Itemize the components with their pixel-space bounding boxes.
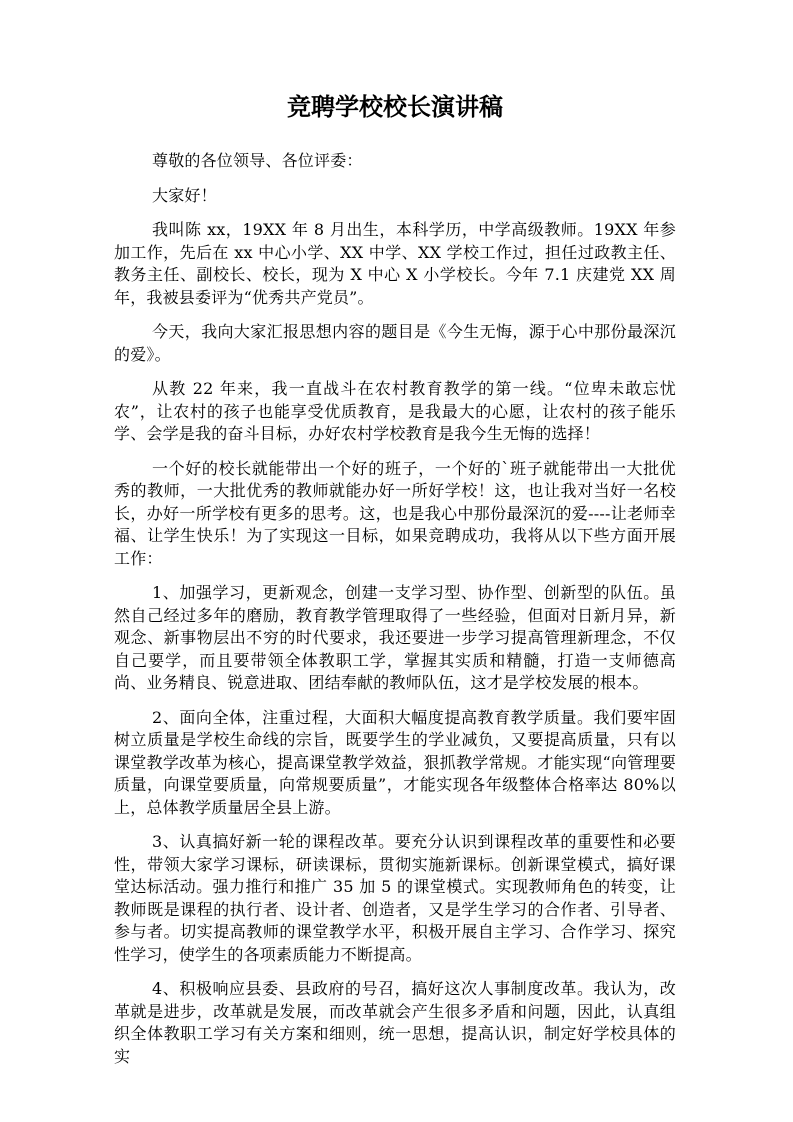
paragraph: 尊敬的各位领导、各位评委： [114,150,676,173]
paragraph: 从教 22 年来，我一直战斗在农村教育教学的第一线。“位卑未敢忘忧农”，让农村的… [114,378,676,446]
paragraph: 我叫陈 xx，19XX 年 8 月出生，本科学历，中学高级教师。19XX 年参加… [114,219,676,309]
paragraph: 3、认真搞好新一轮的课程改革。要充分认识到课程改革的重要性和必要性，带领大家学习… [114,831,676,966]
paragraph: 今天，我向大家汇报思想内容的题目是《今生无悔，源于心中那份最深沉的爱》。 [114,321,676,366]
document-page: 竞聘学校校长演讲稿 尊敬的各位领导、各位评委：大家好！我叫陈 xx，19XX 年… [0,0,793,1122]
paragraph: 一个好的校长就能带出一个好的班子，一个好的`班子就能带出一大批优秀的教师，一大批… [114,458,676,571]
paragraph: 4、积极响应县委、县政府的号召，搞好这次人事制度改革。我认为，改革就是进步，改革… [114,978,676,1068]
paragraph: 1、加强学习，更新观念，创建一支学习型、协作型、创新型的队伍。虽然自己经过多年的… [114,582,676,695]
document-title: 竞聘学校校长演讲稿 [114,92,676,122]
paragraph: 2、面向全体，注重过程，大面积大幅度提高教育教学质量。我们要牢固树立质量是学校生… [114,707,676,820]
paragraph: 大家好！ [114,185,676,208]
document-body: 尊敬的各位领导、各位评委：大家好！我叫陈 xx，19XX 年 8 月出生，本科学… [114,150,676,1068]
